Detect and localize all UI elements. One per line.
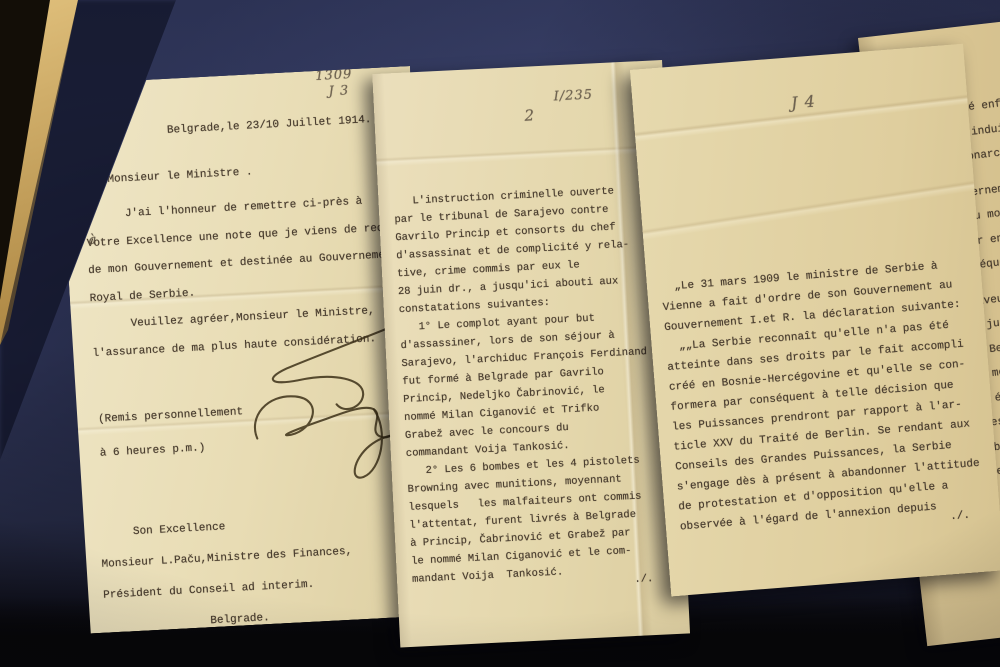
continuation-mark: ./.: [950, 510, 971, 524]
pencil-mark-number: I/235: [553, 87, 593, 104]
typewritten-text: „Le 31 mars 1909 le ministre de Serbie à…: [660, 254, 983, 537]
continuation-mark: ./.: [634, 573, 653, 586]
salutation: Monsieur le Ministre .: [107, 166, 253, 186]
pencil-mark-letter: J 3: [328, 83, 349, 99]
pencil-mark-number: 1309: [315, 67, 353, 84]
pencil-mark-letter: J 4: [790, 92, 816, 113]
museum-display-photo: 1036 J 6 ré enfinvaient induiree la Mona…: [0, 0, 1000, 667]
text-line: à 6 heures p.m.): [99, 429, 246, 471]
typewritten-text: L'instruction criminelle ouvertepar le t…: [393, 181, 658, 589]
document-page-4: J 4 „Le 31 mars 1909 le ministre de Serb…: [630, 44, 1000, 597]
pencil-mark-letter: 2: [524, 106, 535, 124]
date-line: Belgrade,le 23/10 Juillet 1914.: [167, 114, 372, 137]
